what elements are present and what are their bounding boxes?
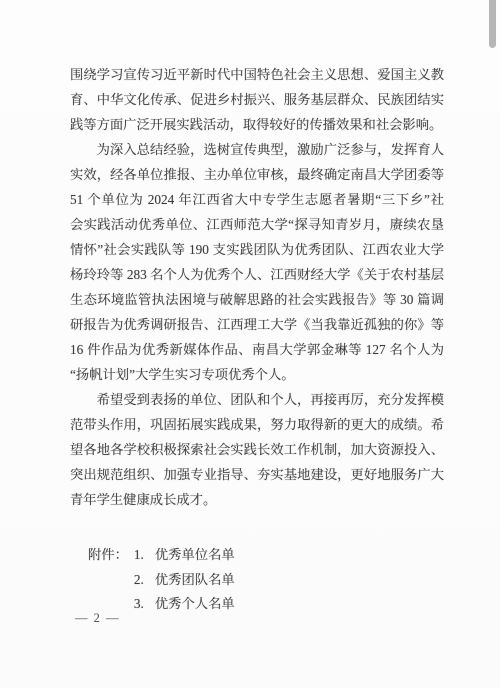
text-line: 实效，经各单位推报、主办单位审核，最终确定南昌大学团委等 — [70, 162, 444, 187]
attachment-item-number: 1. — [134, 543, 155, 568]
paragraph-3: 希望受到表扬的单位、团队和个人，再接再厉，充分发挥模范带头作用，巩固拓展实践成果… — [70, 387, 444, 512]
attachment-item-text: 优秀单位名单 — [155, 547, 235, 562]
text-line: 突出规范组织、加强专业指导、夯实基地建设，更好地服务广大 — [70, 462, 444, 487]
text-line: 范带头作用，巩固拓展实践成果，努力取得新的更大的成绩。希 — [70, 412, 444, 437]
scrollbar-thumb[interactable] — [489, 0, 496, 48]
attachment-item-number: 3. — [134, 592, 155, 617]
attachment-block: 附件： 1.优秀单位名单2.优秀团队名单3.优秀个人名单 — [88, 543, 444, 617]
document-body: 围绕学习宣传习近平新时代中国特色社会主义思想、爱国主义教育、中华文化传承、促进乡… — [70, 62, 444, 617]
text-line: 希望受到表扬的单位、团队和个人，再接再厉，充分发挥模 — [70, 387, 444, 412]
paragraph-2: 为深入总结经验，选树宣传典型，激励广泛参与，发挥育人实效，经各单位推报、主办单位… — [70, 137, 444, 387]
paragraphs-container: 围绕学习宣传习近平新时代中国特色社会主义思想、爱国主义教育、中华文化传承、促进乡… — [70, 62, 444, 512]
text-line: 生态环境监管执法困境与破解思路的社会实践报告》等 30 篇调 — [70, 287, 444, 312]
text-line: 杨玲玲等 283 名个人为优秀个人、江西财经大学《关于农村基层 — [70, 262, 444, 287]
text-line: 51 个单位为 2024 年江西省大中专学生志愿者暑期“三下乡”社 — [70, 187, 444, 212]
text-line: 16 件作品为优秀新媒体作品、南昌大学郭金琳等 127 名个人为 — [70, 337, 444, 362]
text-line: 青年学生健康成长成才。 — [70, 487, 444, 512]
attachment-item-text: 优秀个人名单 — [155, 596, 235, 611]
text-line: 会实践活动优秀单位、江西师范大学“探寻知青岁月，赓续农垦 — [70, 212, 444, 237]
attachment-item-number: 2. — [134, 568, 155, 593]
document-page: 围绕学习宣传习近平新时代中国特色社会主义思想、爱国主义教育、中华文化传承、促进乡… — [0, 0, 500, 688]
text-line: 育、中华文化传承、促进乡村振兴、服务基层群众、民族团结实 — [70, 87, 444, 112]
attachment-item-2: 2.优秀团队名单 — [134, 568, 235, 593]
text-line: 情怀”社会实践队等 190 支实践团队为优秀团队、江西农业大学 — [70, 237, 444, 262]
text-line: 望各地各学校积极探索社会实践长效工作机制，加大资源投入、 — [70, 437, 444, 462]
text-line: 为深入总结经验，选树宣传典型，激励广泛参与，发挥育人 — [70, 137, 444, 162]
attachment-item-text: 优秀团队名单 — [155, 572, 235, 587]
text-line: 研报告为优秀调研报告、江西理工大学《当我靠近孤独的你》等 — [70, 312, 444, 337]
text-line: 围绕学习宣传习近平新时代中国特色社会主义思想、爱国主义教 — [70, 62, 444, 87]
attachment-item-3: 3.优秀个人名单 — [134, 592, 235, 617]
text-line: 践等方面广泛开展实践活动，取得较好的传播效果和社会影响。 — [70, 112, 444, 137]
attachment-item-1: 1.优秀单位名单 — [134, 543, 235, 568]
page-number: — 2 — — [75, 611, 120, 626]
paragraph-1: 围绕学习宣传习近平新时代中国特色社会主义思想、爱国主义教育、中华文化传承、促进乡… — [70, 62, 444, 137]
text-line: “扬帆计划”大学生实习专项优秀个人。 — [70, 362, 444, 387]
attachment-list: 1.优秀单位名单2.优秀团队名单3.优秀个人名单 — [134, 543, 235, 617]
attachment-label: 附件： — [88, 543, 128, 617]
